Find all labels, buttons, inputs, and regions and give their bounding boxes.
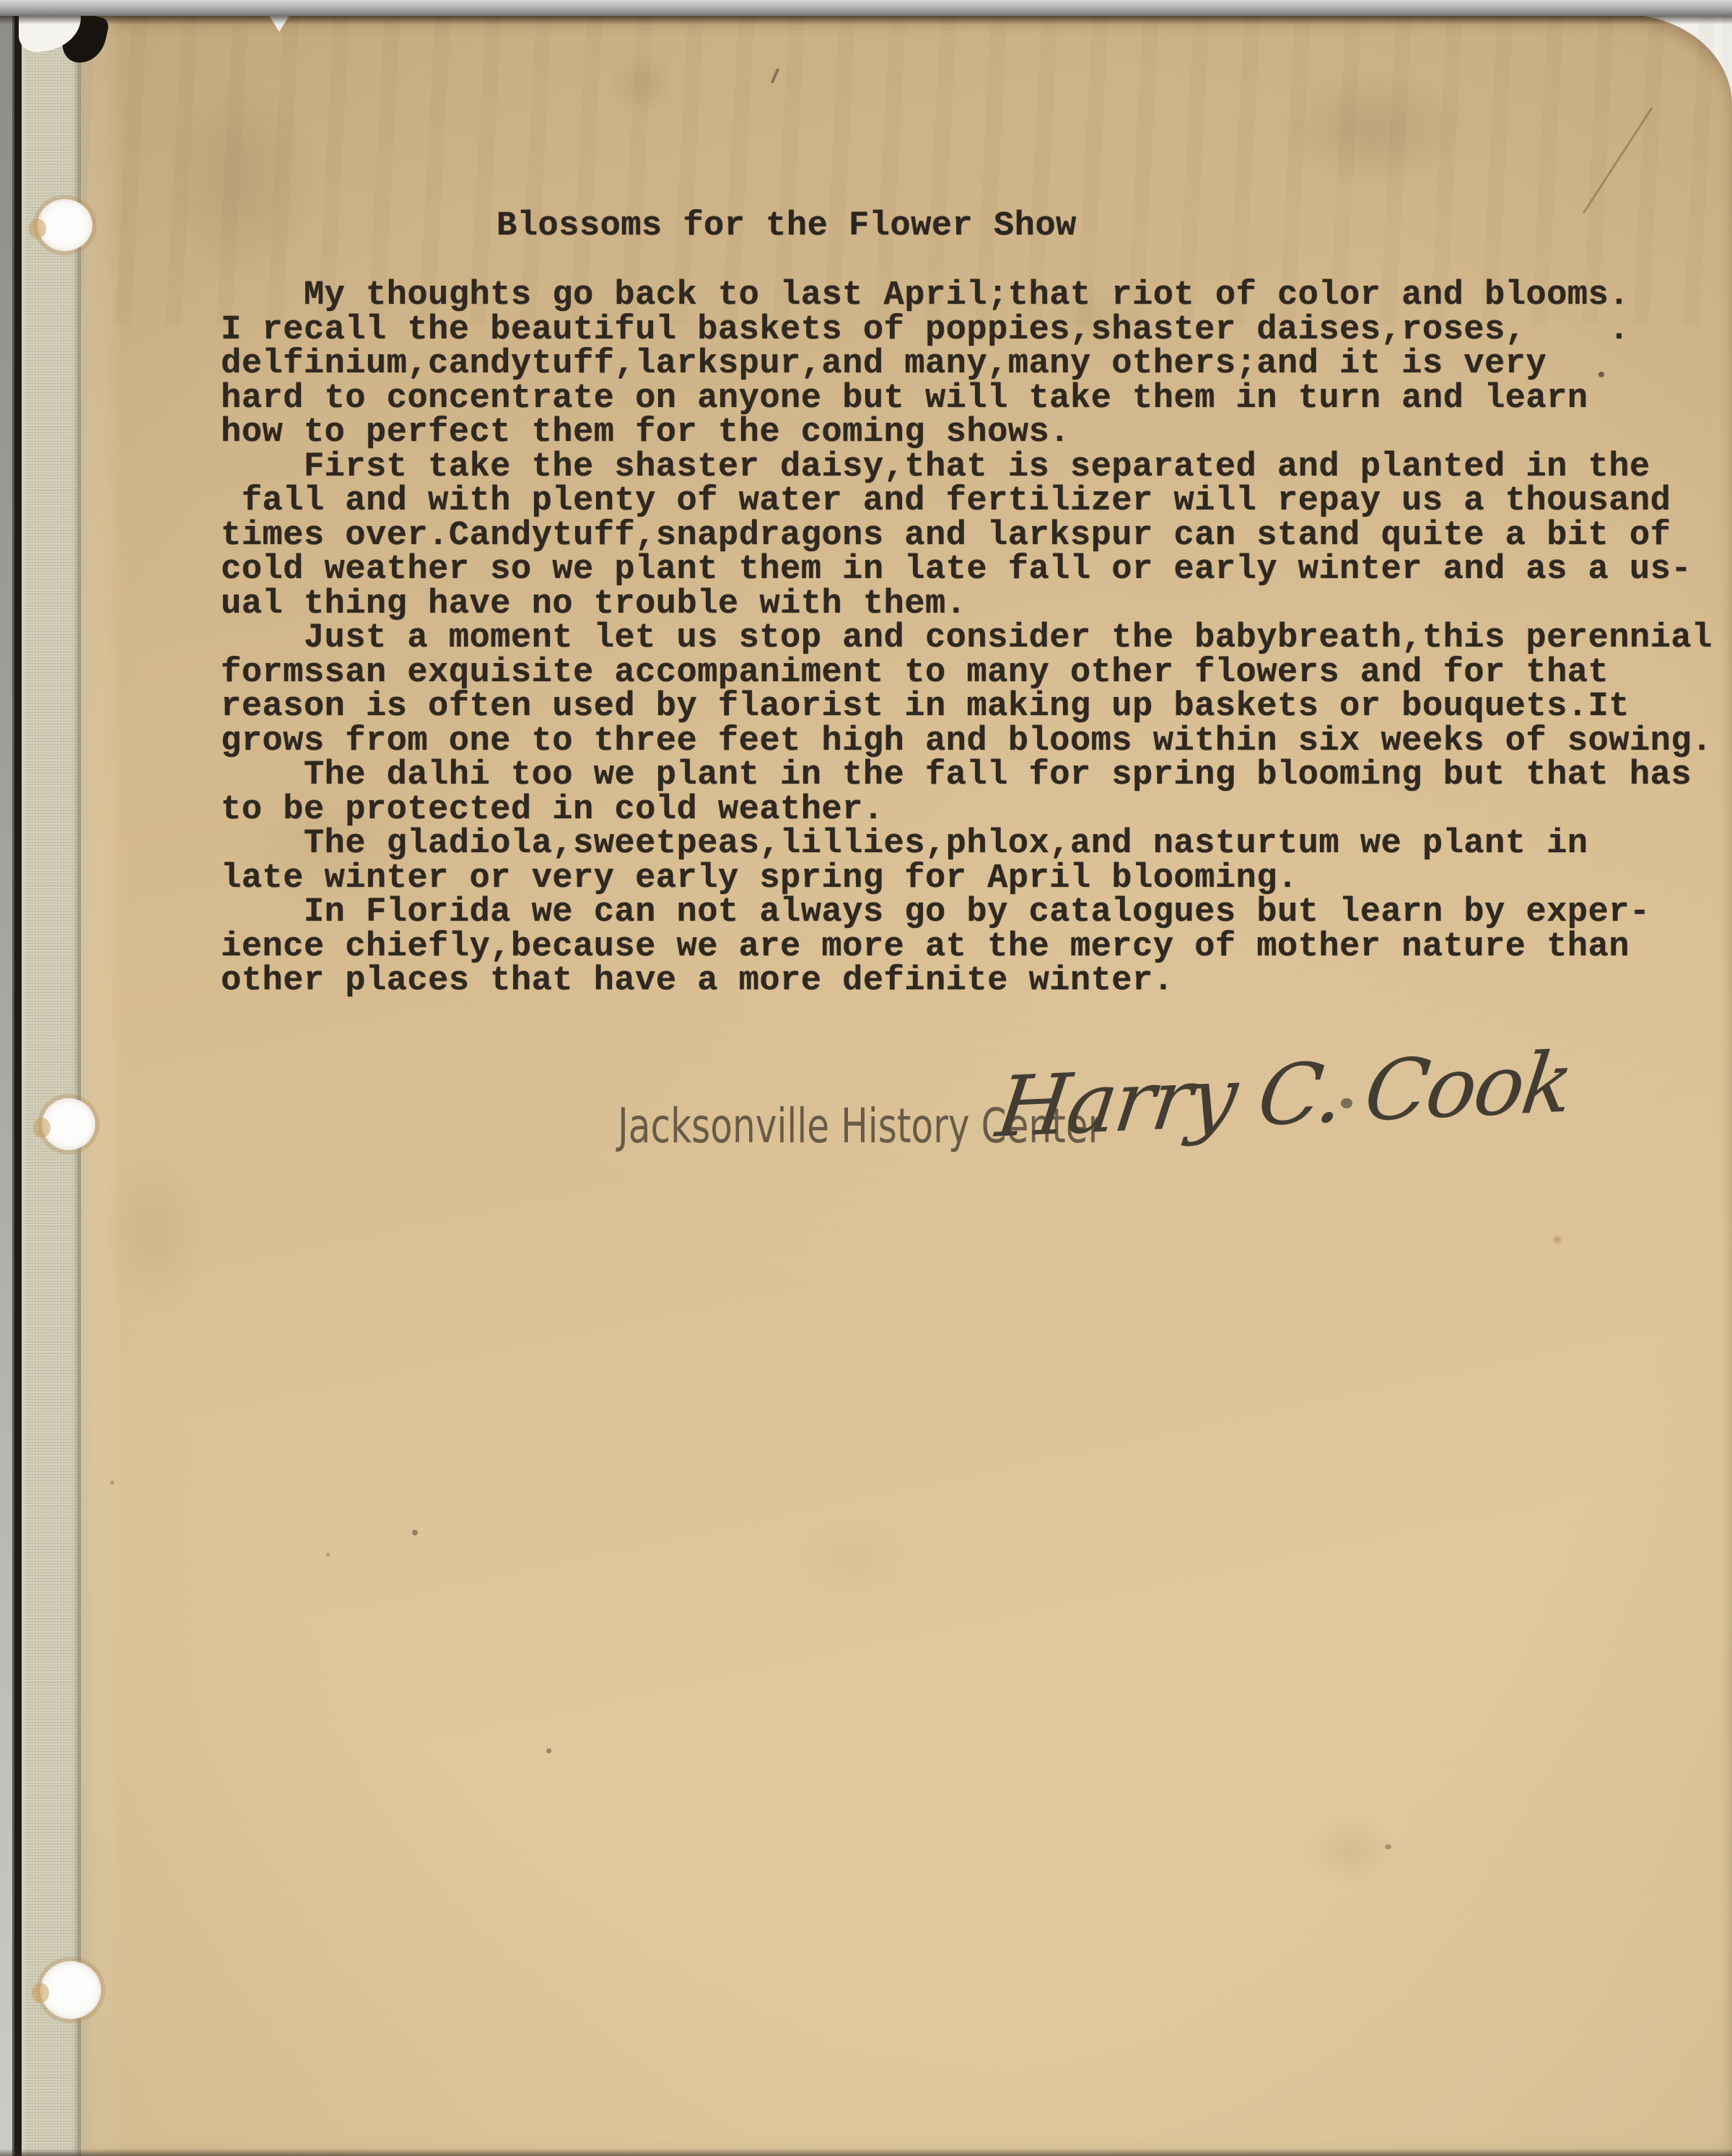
watermark-text: Jacksonville History Center: [618, 1103, 1103, 1150]
scanner-edge-top: [0, 0, 1732, 16]
ink-speck: [546, 1748, 551, 1753]
paragraph-babybreath: Just a moment let us stop and consider t…: [221, 621, 1722, 758]
ink-speck: [110, 1481, 114, 1484]
document-title: Blossoms for the Flower Show: [497, 209, 1077, 244]
paragraph-gladiola: The gladiola,sweetpeas,lillies,phlox,and…: [221, 827, 1722, 895]
stray-ink-dot: [1598, 372, 1604, 377]
ink-speck: [412, 1530, 418, 1535]
scanner-edge-left: [0, 14, 14, 2156]
punch-hole-middle: [42, 1098, 95, 1150]
typed-text-block: My thoughts go back to last April;that r…: [221, 279, 1722, 999]
cloth-binding-strip: [22, 14, 81, 2156]
paragraph-florida: In Florida we can not always go by catal…: [221, 895, 1722, 999]
signature-ink-blot: [1341, 1098, 1352, 1108]
punch-hole-bottom: [40, 1961, 101, 2019]
scanned-document: Blossoms for the Flower Show My thoughts…: [0, 0, 1732, 2156]
ink-speck: [326, 1553, 330, 1556]
paragraph-dalhi: The dalhi too we plant in the fall for s…: [221, 758, 1722, 827]
paragraph-intro: My thoughts go back to last April;that r…: [221, 279, 1722, 450]
bottom-edge-shadow: [0, 2149, 1732, 2156]
paragraph-shaster-daisy: First take the shaster daisy,that is sep…: [221, 450, 1722, 622]
top-edge-shadow: [0, 16, 1732, 25]
ink-speck: [1385, 1844, 1391, 1849]
punch-hole-top: [38, 199, 92, 251]
